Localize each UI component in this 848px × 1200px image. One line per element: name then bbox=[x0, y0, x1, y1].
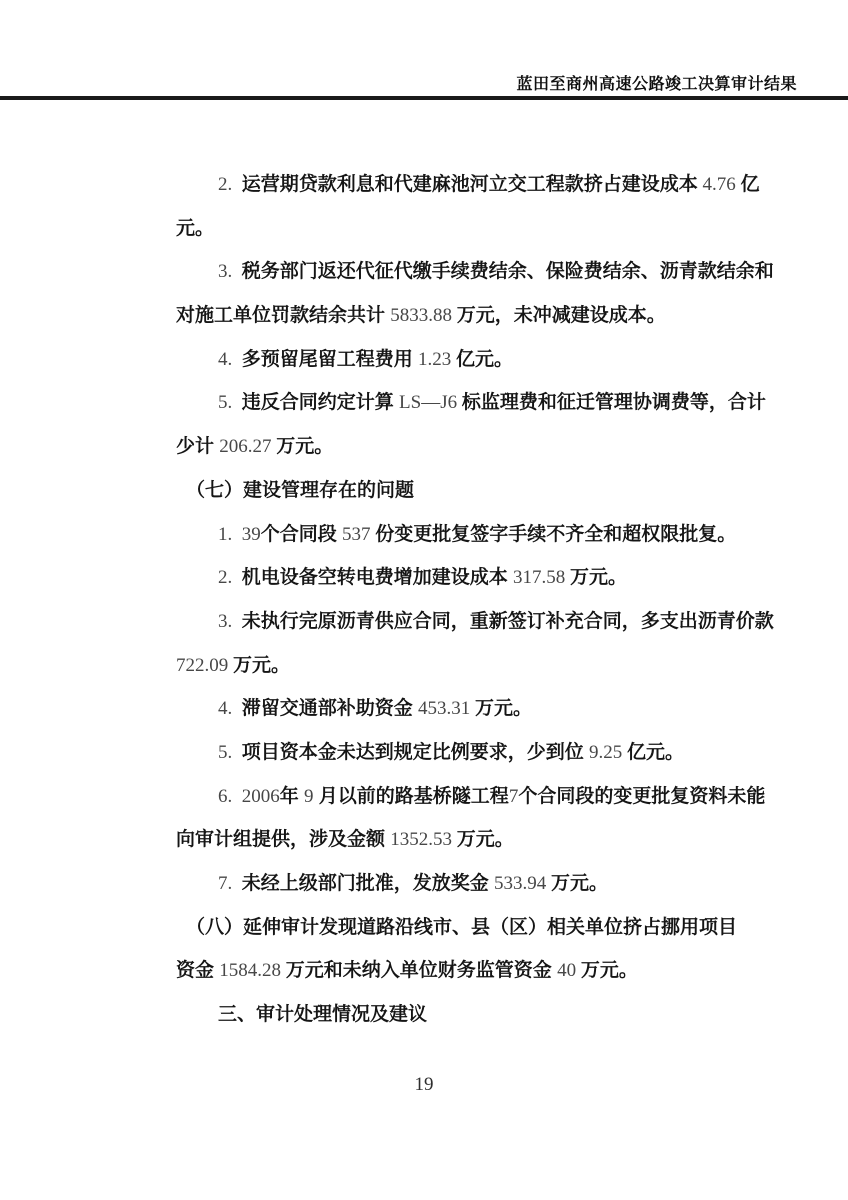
numeric-text-segment: 317.58 bbox=[513, 567, 570, 588]
numeric-text-segment: 40 bbox=[557, 960, 581, 981]
body-line: （八）延伸审计发现道路沿线市、县（区）相关单位挤占挪用项目 bbox=[176, 906, 776, 950]
body-line: 7. 未经上级部门批准，发放奖金 533.94 万元。 bbox=[176, 862, 776, 906]
numeric-text-segment: 7. bbox=[218, 873, 242, 894]
cjk-text-segment: 滞留交通部补助资金 bbox=[242, 698, 418, 719]
cjk-text-segment: 多预留尾留工程费用 bbox=[242, 349, 418, 370]
cjk-text-segment: 机电设备空转电费增加建设成本 bbox=[242, 567, 513, 588]
cjk-text-segment: 税务部门返还代征代缴手续费结余、保险费结余、沥青款结余和 bbox=[242, 261, 774, 282]
cjk-text-segment: 元。 bbox=[176, 218, 214, 239]
numeric-text-segment: 9 bbox=[304, 786, 314, 807]
numeric-text-segment: 453.31 bbox=[418, 698, 475, 719]
header-rule bbox=[0, 96, 848, 100]
numeric-text-segment: 2. bbox=[218, 174, 242, 195]
cjk-text-segment: 亿元。 bbox=[627, 742, 684, 763]
cjk-text-segment: 未经上级部门批准，发放奖金 bbox=[242, 873, 494, 894]
cjk-text-segment: （七）建设管理存在的问题 bbox=[186, 480, 414, 501]
numeric-text-segment: 5833.88 bbox=[390, 305, 457, 326]
numeric-text-segment: 206.27 bbox=[219, 436, 276, 457]
numeric-text-segment: 3. bbox=[218, 261, 242, 282]
numeric-text-segment: 1.23 bbox=[418, 349, 456, 370]
body-line: 向审计组提供，涉及金额 1352.53 万元。 bbox=[176, 818, 776, 862]
numeric-text-segment: 4. bbox=[218, 349, 242, 370]
cjk-text-segment: 万元。 bbox=[551, 873, 608, 894]
cjk-text-segment: 资金 bbox=[176, 960, 219, 981]
numeric-text-segment: 9.25 bbox=[589, 742, 627, 763]
numeric-text-segment: LS—J6 bbox=[399, 392, 462, 413]
cjk-text-segment: 向审计组提供，涉及金额 bbox=[176, 829, 390, 850]
numeric-text-segment: 5. bbox=[218, 742, 242, 763]
numeric-text-segment: 4. bbox=[218, 698, 242, 719]
cjk-text-segment: 对施工单位罚款结余共计 bbox=[176, 305, 390, 326]
numeric-text-segment: 6. 2006 bbox=[218, 786, 280, 807]
cjk-text-segment: 万元。 bbox=[276, 436, 333, 457]
numeric-text-segment: 1. 39 bbox=[218, 524, 261, 545]
cjk-text-segment: 万元，未冲减建设成本。 bbox=[457, 305, 666, 326]
cjk-text-segment: 亿元。 bbox=[456, 349, 513, 370]
cjk-text-segment: 三、审计处理情况及建议 bbox=[218, 1004, 427, 1025]
cjk-text-segment: 月以前的路基桥隧工程 bbox=[314, 786, 509, 807]
cjk-text-segment: 年 bbox=[280, 786, 304, 807]
body-line: 少计 206.27 万元。 bbox=[176, 425, 776, 469]
numeric-text-segment: 5. bbox=[218, 392, 242, 413]
cjk-text-segment: 少计 bbox=[176, 436, 219, 457]
cjk-text-segment: 未执行完原沥青供应合同，重新签订补充合同，多支出沥青价款 bbox=[242, 611, 774, 632]
page-number: 19 bbox=[0, 1074, 848, 1096]
cjk-text-segment: 份变更批复签字手续不齐全和超权限批复。 bbox=[375, 524, 736, 545]
body-line: 3. 未执行完原沥青供应合同，重新签订补充合同，多支出沥青价款 bbox=[176, 600, 776, 644]
section-heading: 三、审计处理情况及建议 bbox=[176, 993, 776, 1037]
document-body: 2. 运营期贷款利息和代建麻池河立交工程款挤占建设成本 4.76 亿元。3. 税… bbox=[176, 163, 776, 1037]
cjk-text-segment: 违反合同约定计算 bbox=[242, 392, 399, 413]
cjk-text-segment: （八）延伸审计发现道路沿线市、县（区）相关单位挤占挪用项目 bbox=[186, 917, 737, 938]
running-header-title: 蓝田至商州高速公路竣工决算审计结果 bbox=[516, 71, 797, 94]
section-heading: （七）建设管理存在的问题 bbox=[176, 469, 776, 513]
numeric-text-segment: 7 bbox=[509, 786, 519, 807]
numeric-text-segment: 537 bbox=[342, 524, 375, 545]
cjk-text-segment: 万元和未纳入单位财务监管资金 bbox=[286, 960, 557, 981]
body-line: 元。 bbox=[176, 207, 776, 251]
body-line: 2. 机电设备空转电费增加建设成本 317.58 万元。 bbox=[176, 556, 776, 600]
cjk-text-segment: 万元。 bbox=[475, 698, 532, 719]
body-line: 722.09 万元。 bbox=[176, 644, 776, 688]
cjk-text-segment: 标监理费和征迁管理协调费等，合计 bbox=[462, 392, 766, 413]
document-page: 蓝田至商州高速公路竣工决算审计结果 2. 运营期贷款利息和代建麻池河立交工程款挤… bbox=[0, 0, 848, 1200]
cjk-text-segment: 万元。 bbox=[581, 960, 638, 981]
cjk-text-segment: 万元。 bbox=[570, 567, 627, 588]
body-line: 1. 39个合同段 537 份变更批复签字手续不齐全和超权限批复。 bbox=[176, 513, 776, 557]
body-line: 5. 违反合同约定计算 LS—J6 标监理费和征迁管理协调费等，合计 bbox=[176, 381, 776, 425]
cjk-text-segment: 个合同段的变更批复资料未能 bbox=[518, 786, 765, 807]
numeric-text-segment: 2. bbox=[218, 567, 242, 588]
numeric-text-segment: 1584.28 bbox=[219, 960, 286, 981]
body-line: 4. 多预留尾留工程费用 1.23 亿元。 bbox=[176, 338, 776, 382]
cjk-text-segment: 个合同段 bbox=[261, 524, 342, 545]
cjk-text-segment: 亿 bbox=[741, 174, 760, 195]
cjk-text-segment: 运营期贷款利息和代建麻池河立交工程款挤占建设成本 bbox=[242, 174, 698, 195]
body-line: 6. 2006年 9 月以前的路基桥隧工程7个合同段的变更批复资料未能 bbox=[176, 775, 776, 819]
cjk-text-segment: 项目资本金未达到规定比例要求，少到位 bbox=[242, 742, 589, 763]
body-line: 资金 1584.28 万元和未纳入单位财务监管资金 40 万元。 bbox=[176, 949, 776, 993]
numeric-text-segment: 4.76 bbox=[698, 174, 741, 195]
body-line: 3. 税务部门返还代征代缴手续费结余、保险费结余、沥青款结余和 bbox=[176, 250, 776, 294]
numeric-text-segment: 3. bbox=[218, 611, 242, 632]
cjk-text-segment: 万元。 bbox=[457, 829, 514, 850]
body-line: 2. 运营期贷款利息和代建麻池河立交工程款挤占建设成本 4.76 亿 bbox=[176, 163, 776, 207]
numeric-text-segment: 722.09 bbox=[176, 655, 233, 676]
numeric-text-segment: 1352.53 bbox=[390, 829, 457, 850]
body-line: 4. 滞留交通部补助资金 453.31 万元。 bbox=[176, 687, 776, 731]
body-line: 对施工单位罚款结余共计 5833.88 万元，未冲减建设成本。 bbox=[176, 294, 776, 338]
body-line: 5. 项目资本金未达到规定比例要求，少到位 9.25 亿元。 bbox=[176, 731, 776, 775]
cjk-text-segment: 万元。 bbox=[233, 655, 290, 676]
numeric-text-segment: 533.94 bbox=[494, 873, 551, 894]
